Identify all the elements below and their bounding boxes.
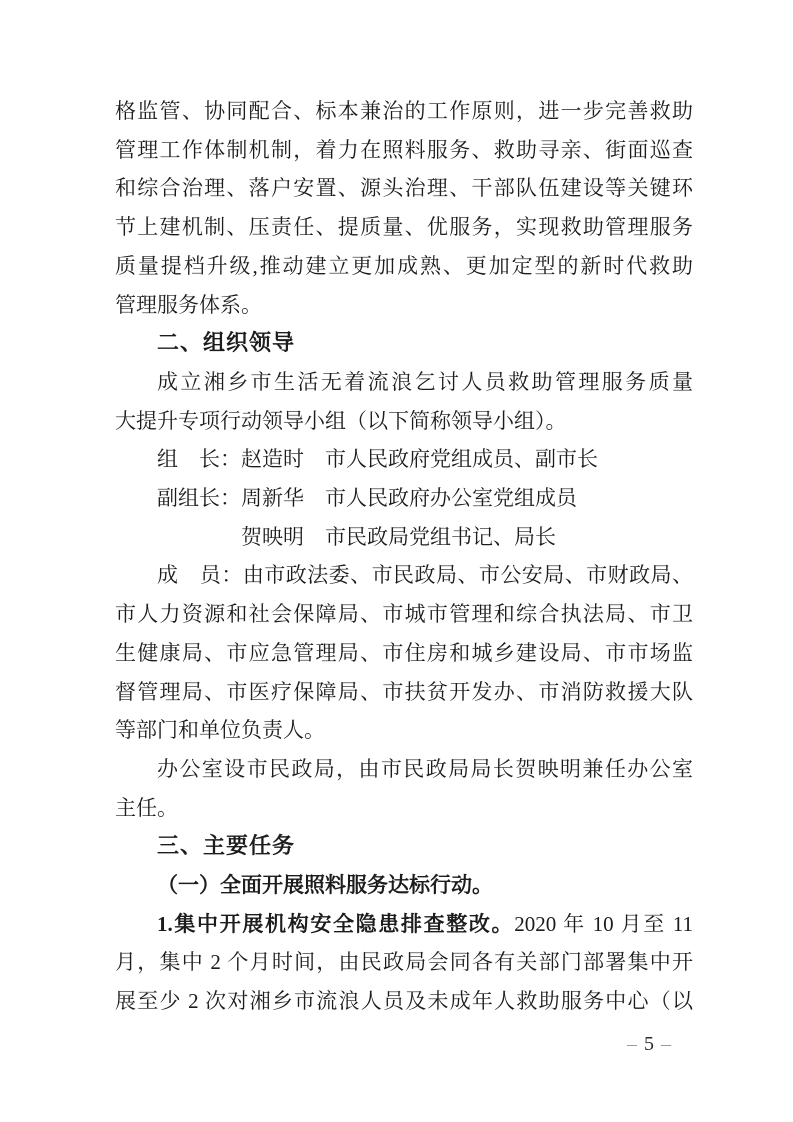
text-line: 生健康局、市应急管理局、市住房和城乡建设局、市市场监 (115, 634, 693, 673)
text-line: 和综合治理、落户安置、源头治理、干部队伍建设等关键环 (115, 169, 693, 208)
text-segment: 督管理局、市医疗保障局、市扶贫开发办、市消防救援大队 (115, 680, 693, 704)
text-segment: 2020 年 10 月至 11 (514, 912, 693, 936)
text-line: （一）全面开展照料服务达标行动。 (115, 866, 693, 905)
text-segment: 1.集中开展机构安全隐患排查整改。 (157, 912, 514, 936)
page-footer: –5– (620, 1031, 678, 1057)
text-line: 格监管、协同配合、标本兼治的工作原则，进一步完善救助 (115, 92, 693, 131)
text-segment: 月，集中 2 个月时间，由民政局会同各有关部门部署集中开 (115, 950, 693, 974)
text-segment: 副组长：周新华 市人民政府办公室党组成员 (157, 486, 577, 510)
text-segment: 成立湘乡市生活无着流浪乞讨人员救助管理服务质量 (157, 370, 693, 394)
text-segment: 组 长：赵造时 市人民政府党组成员、副市长 (157, 447, 598, 471)
text-line: 节上建机制、压责任、提质量、优服务，实现救助管理服务 (115, 208, 693, 247)
text-segment: 生健康局、市应急管理局、市住房和城乡建设局、市市场监 (115, 641, 693, 665)
text-line: 管理服务体系。 (115, 286, 693, 325)
document-body: 格监管、协同配合、标本兼治的工作原则，进一步完善救助管理工作体制机制，着力在照料… (115, 92, 693, 1021)
text-line: 1.集中开展机构安全隐患排查整改。2020 年 10 月至 11 (115, 905, 693, 944)
page-number: 5 (644, 1033, 654, 1055)
text-line: 督管理局、市医疗保障局、市扶贫开发办、市消防救援大队 (115, 673, 693, 712)
text-segment: 二、组织领导 (157, 330, 295, 355)
text-segment: 节上建机制、压责任、提质量、优服务，实现救助管理服务 (115, 215, 693, 239)
text-line: 成 员：由市政法委、市民政局、市公安局、市财政局、 (115, 556, 693, 595)
text-segment: 展至少 2 次对湘乡市流浪人员及未成年人救助服务中心（以 (115, 989, 693, 1013)
text-segment: 格监管、协同配合、标本兼治的工作原则，进一步完善救助 (115, 99, 693, 123)
document-page: 格监管、协同配合、标本兼治的工作原则，进一步完善救助管理工作体制机制，着力在照料… (0, 0, 793, 1122)
text-segment: 大提升专项行动领导小组（以下简称领导小组）。 (115, 409, 567, 433)
footer-dash-left: – (620, 1033, 644, 1055)
text-segment: （一）全面开展照料服务达标行动。 (157, 873, 493, 897)
text-line: 大提升专项行动领导小组（以下简称领导小组）。 (115, 402, 693, 441)
text-segment: 管理服务体系。 (115, 293, 262, 317)
text-line: 月，集中 2 个月时间，由民政局会同各有关部门部署集中开 (115, 943, 693, 982)
text-line: 成立湘乡市生活无着流浪乞讨人员救助管理服务质量 (115, 363, 693, 402)
text-line: 市人力资源和社会保障局、市城市管理和综合执法局、市卫 (115, 595, 693, 634)
text-segment: 成 员：由市政法委、市民政局、市公安局、市财政局、 (157, 563, 693, 587)
text-line: 质量提档升级,推动建立更加成熟、更加定型的新时代救助 (115, 247, 693, 286)
text-line: 三、主要任务 (115, 827, 693, 866)
text-line: 副组长：周新华 市人民政府办公室党组成员 (115, 479, 693, 518)
text-segment: 市人力资源和社会保障局、市城市管理和综合执法局、市卫 (115, 602, 693, 626)
text-line: 贺映明 市民政局党组书记、局长 (115, 518, 693, 557)
text-segment: 和综合治理、落户安置、源头治理、干部队伍建设等关键环 (115, 176, 693, 200)
text-line: 办公室设市民政局，由市民政局局长贺映明兼任办公室 (115, 750, 693, 789)
text-line: 管理工作体制机制，着力在照料服务、救助寻亲、街面巡查 (115, 131, 693, 170)
text-segment: 主任。 (115, 796, 178, 820)
text-line: 组 长：赵造时 市人民政府党组成员、副市长 (115, 440, 693, 479)
text-line: 二、组织领导 (115, 324, 693, 363)
text-segment: 办公室设市民政局，由市民政局局长贺映明兼任办公室 (157, 757, 693, 781)
text-line: 等部门和单位负责人。 (115, 711, 693, 750)
text-line: 展至少 2 次对湘乡市流浪人员及未成年人救助服务中心（以 (115, 982, 693, 1021)
text-line: 主任。 (115, 789, 693, 828)
text-segment: 三、主要任务 (157, 833, 295, 858)
text-segment: 等部门和单位负责人。 (115, 718, 325, 742)
text-segment: 质量提档升级,推动建立更加成熟、更加定型的新时代救助 (115, 254, 693, 278)
footer-dash-right: – (654, 1033, 678, 1055)
text-segment: 贺映明 市民政局党组书记、局长 (157, 525, 556, 549)
text-segment: 管理工作体制机制，着力在照料服务、救助寻亲、街面巡查 (115, 138, 693, 162)
